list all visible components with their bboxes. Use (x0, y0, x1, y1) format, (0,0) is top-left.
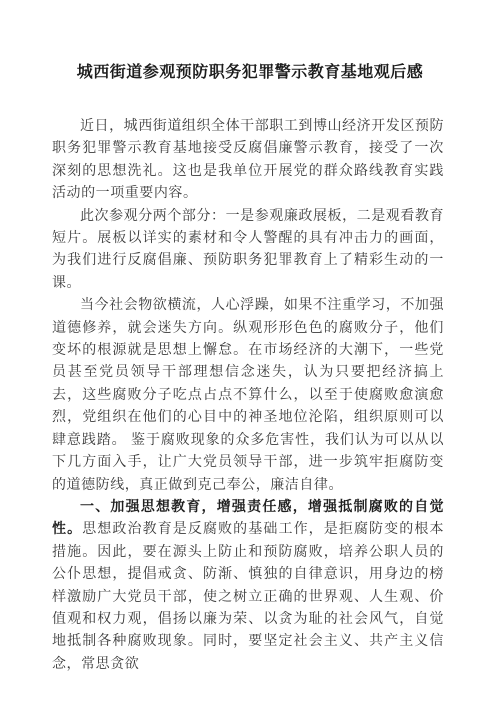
paragraph-text: 此次参观分两个部分：一是参观廉政展板，二是观看教育短片。展板以详实的素材和令人警… (52, 209, 444, 291)
paragraph-text: 近日，城西街道组织全体干部职工到博山经济开发区预防职务犯罪警示教育基地接受反腐倡… (52, 119, 444, 201)
paragraph-text: 当今社会物欲横流，人心浮躁，如果不注重学习，不加强道德修养，就会迷失方向。纵观形… (52, 298, 444, 492)
paragraph: 近日，城西街道组织全体干部职工到博山经济开发区预防职务犯罪警示教育基地接受反腐倡… (52, 116, 444, 206)
document-title: 城西街道参观预防职务犯罪警示教育基地观后感 (0, 0, 500, 83)
paragraph-text: 思想政治教育是反腐败的基础工作，是拒腐防变的根本措施。因此，要在源头上防止和预防… (52, 522, 444, 671)
document-page: 城西街道参观预防职务犯罪警示教育基地观后感 近日，城西街道组织全体干部职工到博山… (0, 0, 500, 707)
paragraph: 此次参观分两个部分：一是参观廉政展板，二是观看教育短片。展板以详实的素材和令人警… (52, 206, 444, 296)
paragraph: 一、加强思想教育，增强责任感，增强抵制腐败的自觉性。思想政治教育是反腐败的基础工… (52, 497, 444, 676)
document-body: 近日，城西街道组织全体干部职工到博山经济开发区预防职务犯罪警示教育基地接受反腐倡… (52, 116, 444, 676)
paragraph: 当今社会物欲横流，人心浮躁，如果不注重学习，不加强道德修养，就会迷失方向。纵观形… (52, 295, 444, 497)
